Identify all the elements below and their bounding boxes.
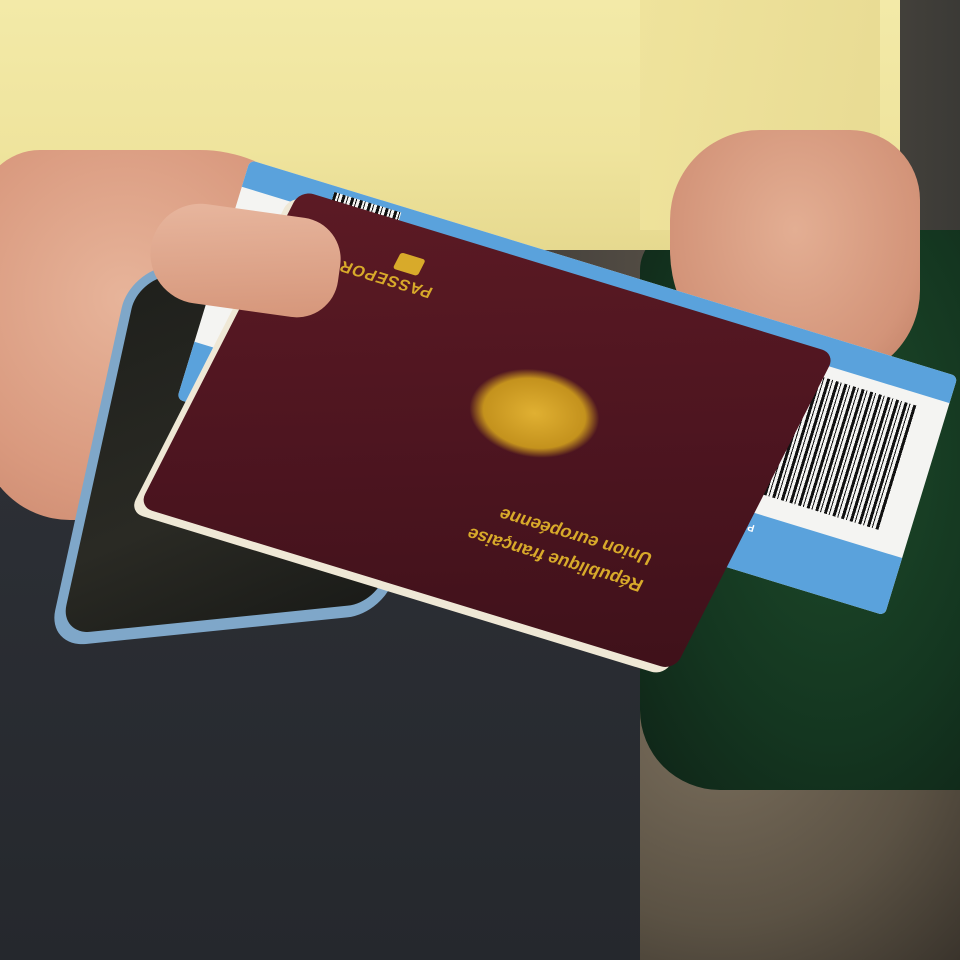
photo-scene: BOARDING PASSENGER TICKET PASSEPORT Unio… — [0, 0, 960, 960]
coat-of-arms-icon — [451, 354, 617, 473]
